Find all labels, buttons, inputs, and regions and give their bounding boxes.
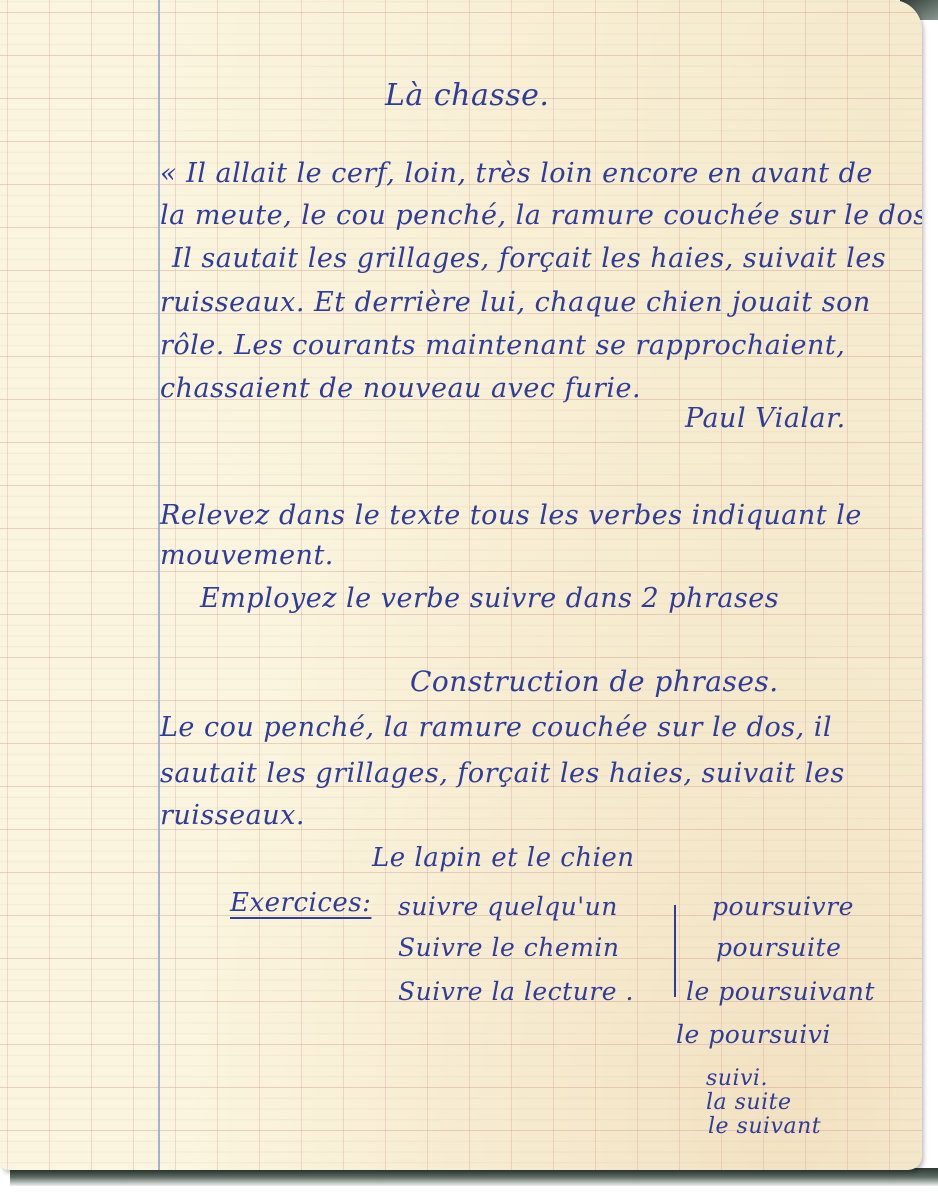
instruction-line: Relevez dans le texte tous les verbes in… <box>160 500 862 531</box>
exercise-item: Suivre le chemin <box>398 933 619 962</box>
construction-line: ruisseaux. <box>160 800 305 831</box>
passage-line: la meute, le cou penché, la ramure couch… <box>160 200 922 231</box>
passage-line: Il sautait les grillages, forçait les ha… <box>172 243 886 274</box>
derivative-word: poursuivre <box>712 892 854 921</box>
scan-shadow-bottom <box>10 1168 938 1186</box>
instruction-line: Employez le verbe suivre dans 2 phrases <box>200 583 779 614</box>
derivative-word: le poursuivi <box>676 1020 831 1049</box>
derivative-word: la suite <box>706 1090 792 1115</box>
notebook-page: Là chasse. « Il allait le cerf, loin, tr… <box>0 0 922 1170</box>
passage-line: chassaient de nouveau avec furie. <box>160 373 641 404</box>
derivative-word: le poursuivant <box>686 977 875 1006</box>
exercise-item: suivre quelqu'un <box>398 892 618 921</box>
exercise-label: Exercices: <box>230 888 371 918</box>
construction-line: sautait les grillages, forçait les haies… <box>160 758 845 789</box>
section-heading: Construction de phrases. <box>410 665 779 698</box>
bracket-mark <box>674 905 684 997</box>
author-signature: Paul Vialar. <box>685 403 846 434</box>
exercise-subtitle: Le lapin et le chien <box>372 843 635 873</box>
page-title: Là chasse. <box>385 78 549 113</box>
passage-line: rôle. Les courants maintenant se rapproc… <box>160 330 845 361</box>
derivative-word: poursuite <box>716 933 841 962</box>
passage-line: ruisseaux. Et derrière lui, chaque chien… <box>160 287 871 318</box>
scanned-notebook-scene: Là chasse. « Il allait le cerf, loin, tr… <box>0 0 938 1200</box>
construction-line: Le cou penché, la ramure couchée sur le … <box>160 712 832 743</box>
passage-line: « Il allait le cerf, loin, très loin enc… <box>160 158 873 189</box>
exercise-item: Suivre la lecture . <box>398 977 634 1006</box>
instruction-line: mouvement. <box>160 540 334 571</box>
derivative-word: suivi. <box>706 1066 768 1091</box>
derivative-word: le suivant <box>708 1114 821 1139</box>
